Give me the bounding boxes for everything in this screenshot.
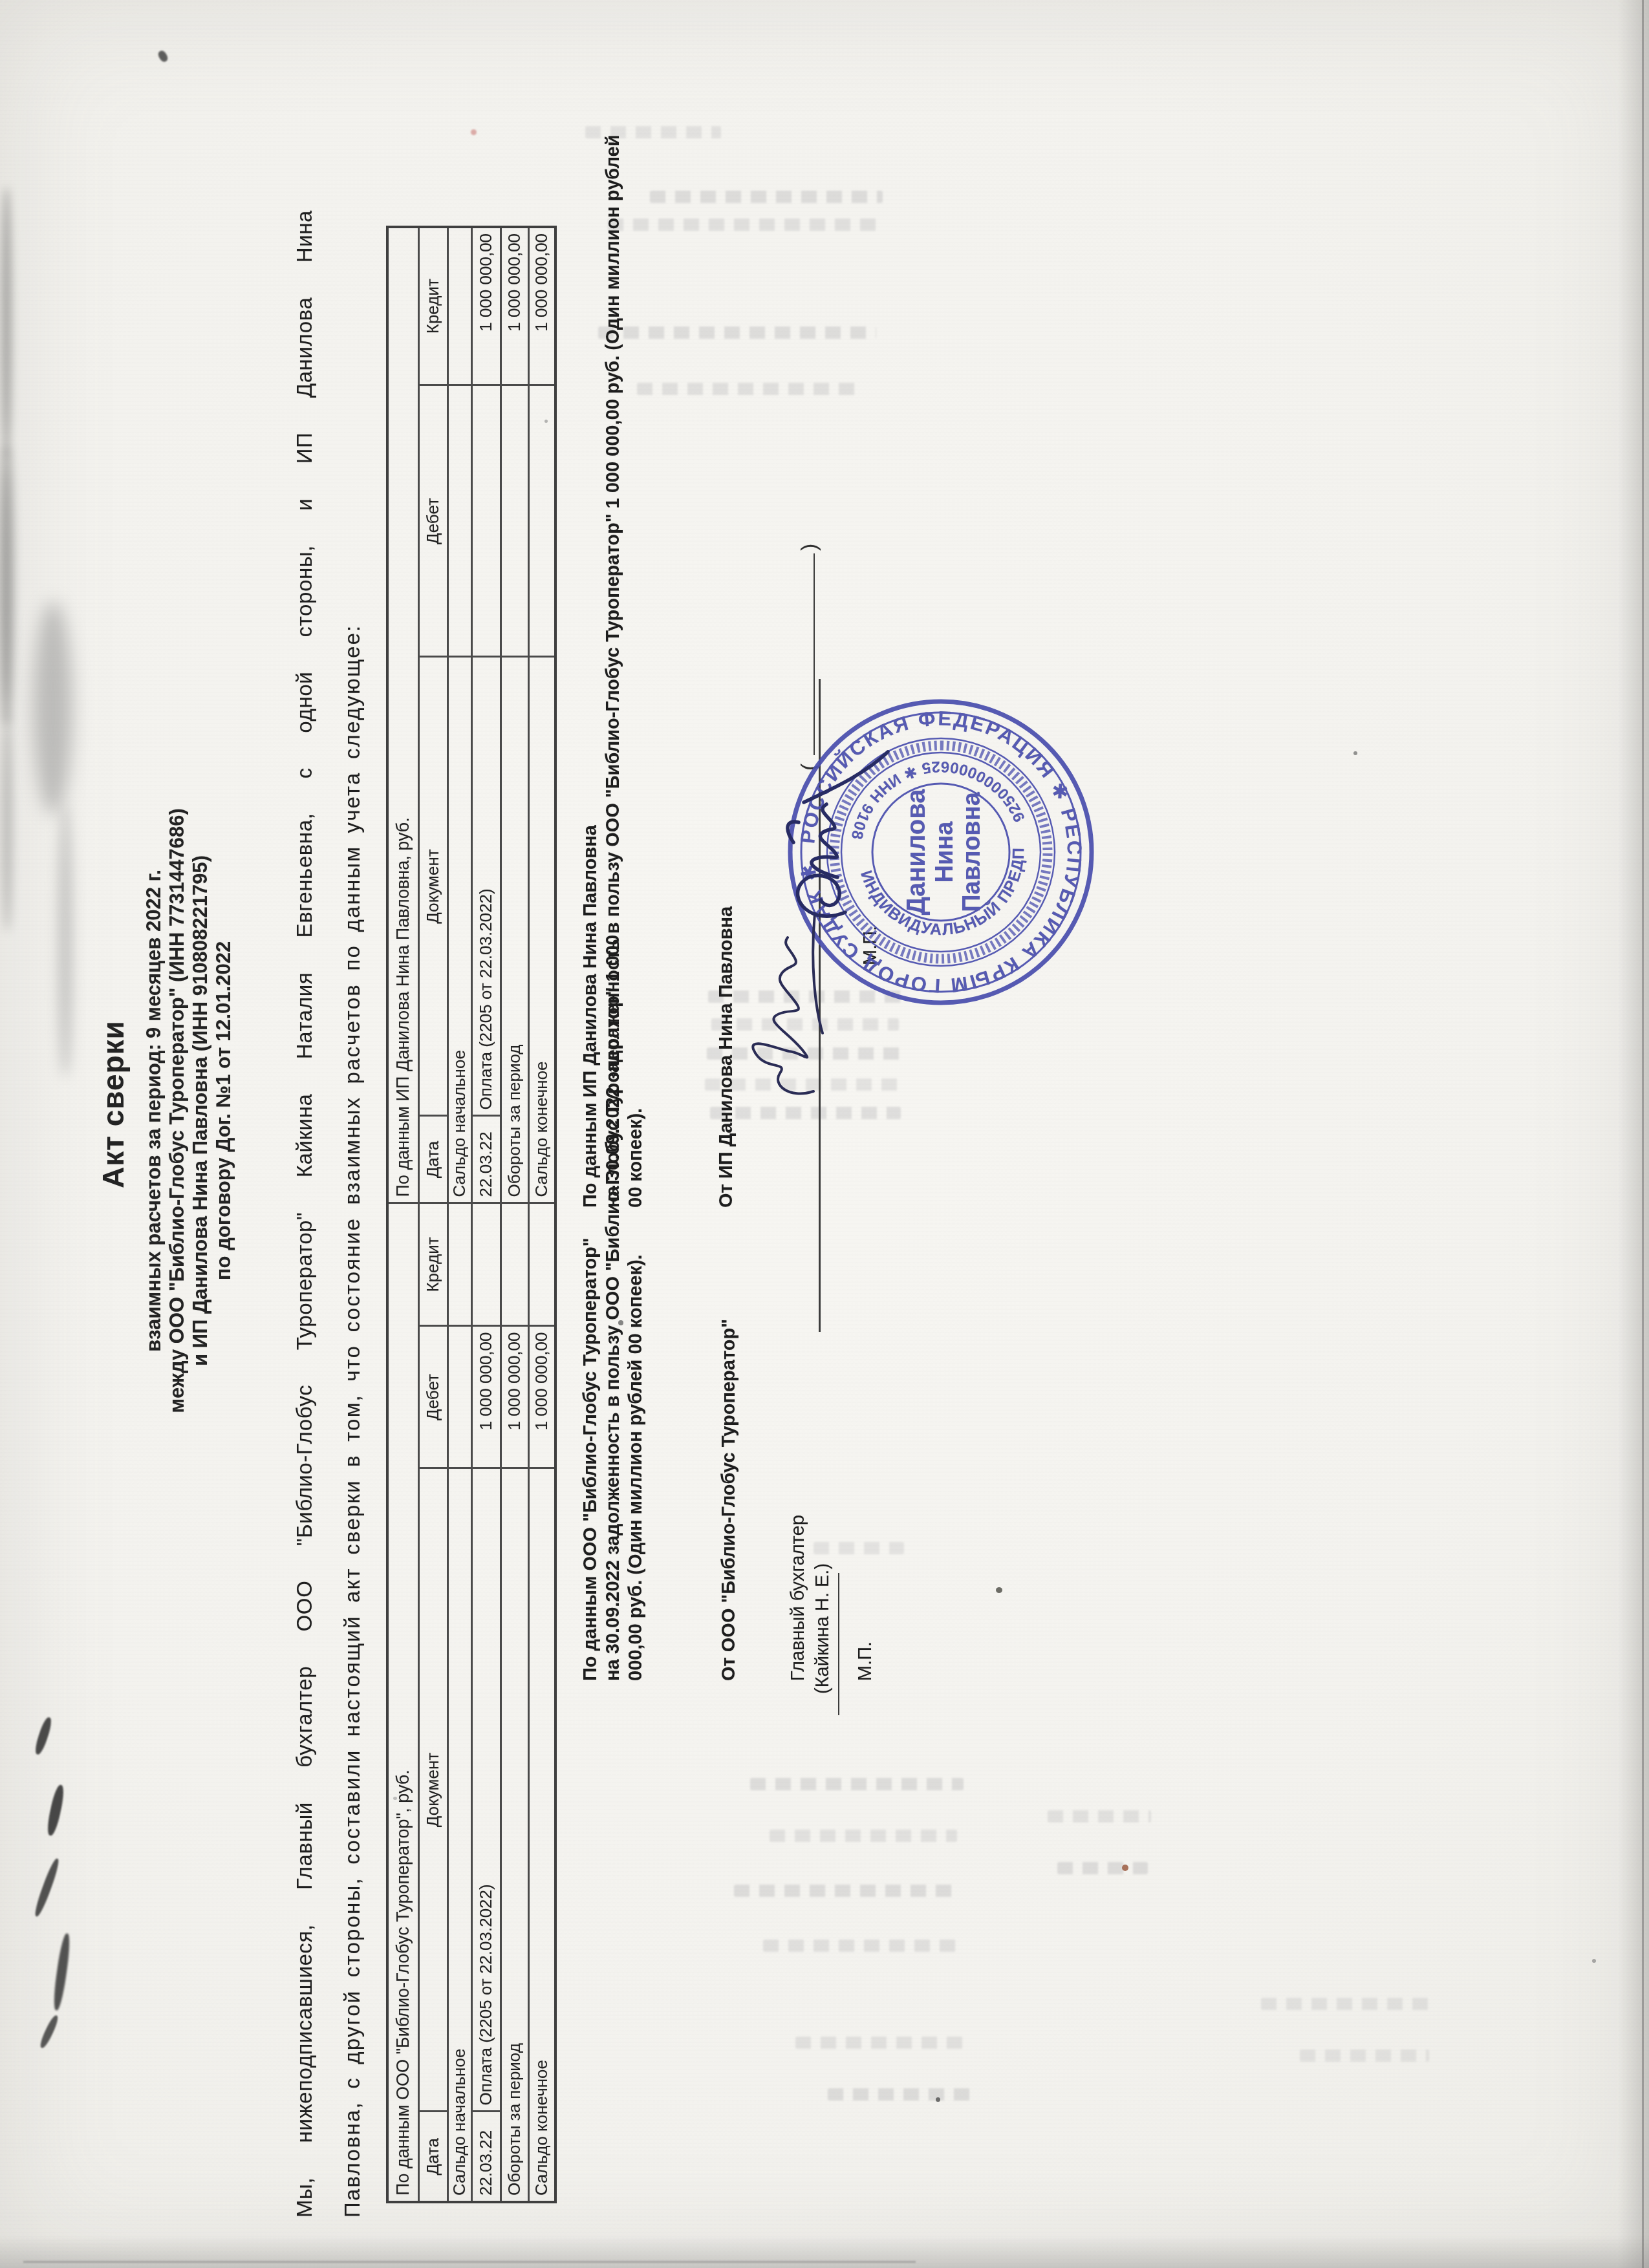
reconciliation-table: По данным ООО "Библио-Глобус Туроператор… xyxy=(386,226,557,2203)
table-row-payment: 22.03.22 Оплата (2205 от 22.03.2022) 1 0… xyxy=(471,227,501,2202)
title-sublines: взаимных расчетов за период: 9 месяцев 2… xyxy=(142,626,235,1596)
org1-col-credit: Кредит xyxy=(418,1203,447,1326)
stamp-center-line1: Данилова xyxy=(902,789,931,915)
empty-cell xyxy=(501,385,528,657)
org2-turnover-credit: 1 000 000,00 xyxy=(501,227,528,385)
intro-line-2: Павловна, с другой стороны, составили на… xyxy=(340,210,365,2218)
org1-saldo-end-label: Сальдо конечное xyxy=(528,1468,555,2202)
intro-line-1: Мы, нижеподписавшиеся, Главный бухгалтер… xyxy=(292,210,341,2218)
signature-entrepreneur xyxy=(766,733,902,939)
org2-caption: По данным ИП Данилова Нина Павловна, руб… xyxy=(387,227,418,1203)
org1-col-debit: Дебет xyxy=(418,1326,447,1468)
org1-caption: По данным ООО "Библио-Глобус Туроператор… xyxy=(387,1203,418,2202)
org1-payment-date: 22.03.22 xyxy=(471,2112,501,2202)
empty-cell xyxy=(447,385,471,657)
org1-turnover-debit: 1 000 000,00 xyxy=(501,1326,528,1468)
empty-cell xyxy=(447,227,471,385)
org2-col-doc: Документ xyxy=(418,657,447,1116)
empty-cell xyxy=(471,1203,501,1326)
org2-payment-date: 22.03.22 xyxy=(471,1116,501,1203)
org2-payment-doc: Оплата (2205 от 22.03.2022) xyxy=(471,657,501,1116)
summary-org2: По данным ИП Данилова Нина Павловна на 3… xyxy=(579,134,647,1208)
summary-org2-title: По данным ИП Данилова Нина Павловна xyxy=(579,134,602,1208)
empty-cell xyxy=(501,1203,528,1326)
subtitle-contract: по договору Дог. №1 от 12.01.2022 xyxy=(212,626,235,1596)
org1-saldo-start-label: Сальдо начальное xyxy=(447,1468,471,2202)
org2-paren-close: ) xyxy=(797,544,822,551)
page-title: Акт сверки xyxy=(96,749,131,1460)
org1-turnover-label: Обороты за период xyxy=(501,1468,528,2202)
subtitle-party2: и ИП Данилова Нина Павловна (ИНН 9108082… xyxy=(189,626,212,1596)
org2-saldo-start-label: Сальдо начальное xyxy=(447,657,471,1203)
table-row-captions: По данным ООО "Библио-Глобус Туроператор… xyxy=(387,227,418,2202)
table-row-headers: Дата Документ Дебет Кредит Дата Документ… xyxy=(418,227,447,2202)
subtitle-period: взаимных расчетов за период: 9 месяцев 2… xyxy=(142,626,166,1596)
subtitle-parties: между ООО "Библио-Глобус Туроператор" (И… xyxy=(166,626,189,1596)
accountant-name: (Кайкина Н. Е.) xyxy=(812,1563,834,1694)
summary-org2-body: на 30.09.2022 задолженность в пользу ООО… xyxy=(602,134,647,1208)
org1-col-date: Дата xyxy=(418,2112,447,2202)
accountant-name-underline xyxy=(838,1573,839,1715)
org2-saldo-end-label: Сальдо конечное xyxy=(528,657,555,1203)
empty-cell xyxy=(447,1203,471,1326)
org2-turnover-label: Обороты за период xyxy=(501,657,528,1203)
from-org1-label: От ООО "Библио-Глобус Туроператор" xyxy=(718,1319,740,1681)
table-row-turnover: Обороты за период 1 000 000,00 Обороты з… xyxy=(501,227,528,2202)
org2-col-debit: Дебет xyxy=(418,385,447,657)
org1-payment-doc: Оплата (2205 от 22.03.2022) xyxy=(471,1468,501,2112)
stamp-center-line2: Нина xyxy=(931,821,958,883)
empty-cell xyxy=(528,385,555,657)
stamp-center-line3: Павловна xyxy=(958,791,986,912)
table-row-saldo-start: Сальдо начальное Сальдо начальное xyxy=(447,227,471,2202)
empty-cell xyxy=(447,1326,471,1468)
org2-saldo-end-credit: 1 000 000,00 xyxy=(528,227,555,385)
org1-payment-debit: 1 000 000,00 xyxy=(471,1326,501,1468)
table-row-saldo-end: Сальдо конечное 1 000 000,00 Сальдо коне… xyxy=(528,227,555,2202)
empty-cell xyxy=(471,385,501,657)
document-content: Акт сверки взаимных расчетов за период: … xyxy=(0,0,1649,2268)
org2-payment-credit: 1 000 000,00 xyxy=(471,227,501,385)
scanned-page: Акт сверки взаимных расчетов за период: … xyxy=(0,0,1649,2268)
empty-cell xyxy=(528,1203,555,1326)
org1-col-doc: Документ xyxy=(418,1468,447,2112)
mp-org1-label: М.П. xyxy=(855,1642,876,1681)
org2-col-credit: Кредит xyxy=(418,227,447,385)
chief-accountant-label: Главный бухгалтер xyxy=(788,1515,809,1681)
org2-col-date: Дата xyxy=(418,1116,447,1203)
org1-saldo-end-debit: 1 000 000,00 xyxy=(528,1326,555,1468)
